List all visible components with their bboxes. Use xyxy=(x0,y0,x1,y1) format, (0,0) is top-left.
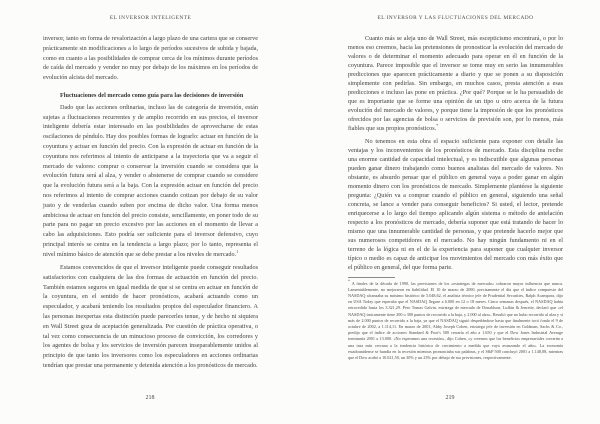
left-paragraph-1: inversor, tanto en forma de revalorizaci… xyxy=(43,34,258,83)
left-page-number: 218 xyxy=(0,395,300,401)
footnote-divider xyxy=(348,277,395,278)
left-running-header: EL INVERSOR INTELIGENTE xyxy=(43,15,258,22)
left-paragraph-3: Estamos convencidos de que el inversor i… xyxy=(43,263,258,371)
page-left: EL INVERSOR INTELIGENTE inversor, tanto … xyxy=(0,0,300,424)
footnote-body: A finales de la década de 1990, las prev… xyxy=(348,281,563,360)
left-footnote-marker: 1 xyxy=(236,249,238,254)
left-paragraph-2: Dado que las acciones ordinarias, inclus… xyxy=(43,103,258,260)
right-paragraph-2: No tenemos en esta obra el espacio sufic… xyxy=(348,137,563,272)
right-footnote-marker: * xyxy=(436,123,438,128)
left-section-heading: Fluctuaciones del mercado como guía para… xyxy=(43,91,258,101)
footnote-block: * A finales de la década de 1990, las pr… xyxy=(348,277,563,362)
right-page-number: 219 xyxy=(300,395,600,401)
right-paragraph-1: Cuanto más se aleja uno de Wall Street, … xyxy=(348,34,563,133)
left-body-text: inversor, tanto en forma de revalorizaci… xyxy=(43,34,258,371)
book-spread: EL INVERSOR INTELIGENTE inversor, tanto … xyxy=(0,0,600,424)
left-paragraph-2-text: Dado que las acciones ordinarias, inclus… xyxy=(43,104,258,258)
right-paragraph-1-text: Cuanto más se aleja uno de Wall Street, … xyxy=(348,35,563,132)
right-running-header: EL INVERSOR Y LAS FLUCTUACIONES DEL MERC… xyxy=(348,15,563,22)
footnote-text: * A finales de la década de 1990, las pr… xyxy=(348,281,563,362)
page-right: EL INVERSOR Y LAS FLUCTUACIONES DEL MERC… xyxy=(300,0,600,424)
right-body-text: Cuanto más se aleja uno de Wall Street, … xyxy=(348,34,563,272)
footnote-asterisk-marker: * xyxy=(348,278,350,283)
